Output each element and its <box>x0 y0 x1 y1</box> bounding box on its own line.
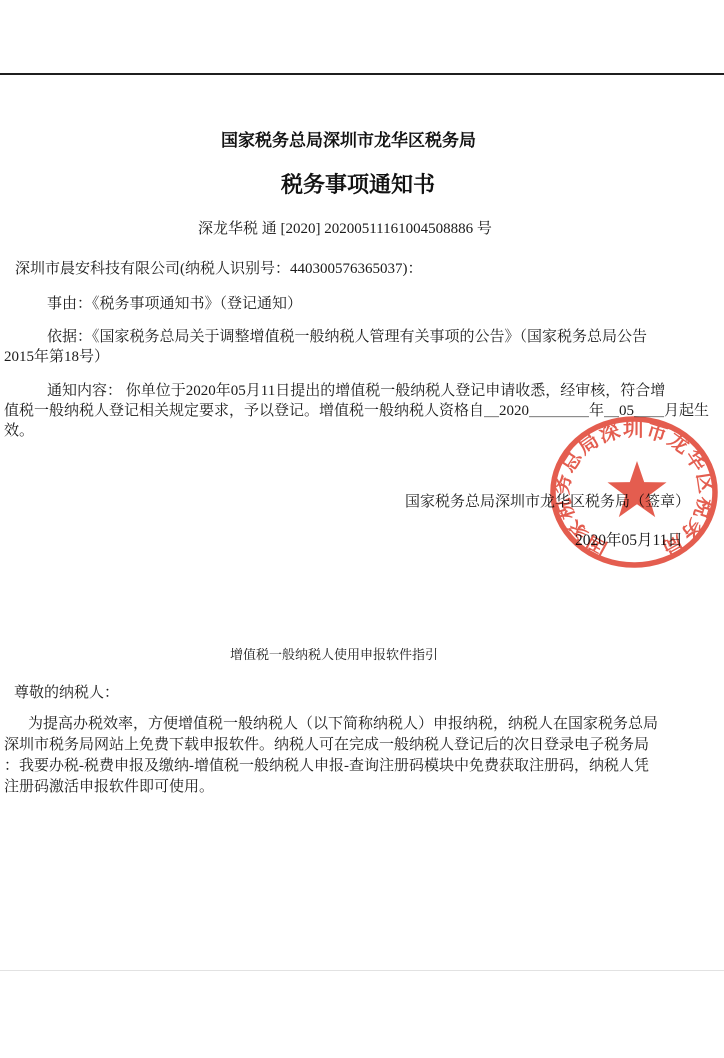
guide-body-line: 深圳市税务局网站上免费下载申报软件。纳税人可在完成一般纳税人登记后的次日登录电子… <box>4 735 658 756</box>
document-title: 税务事项通知书 <box>281 168 435 199</box>
issuer-signature-line: 国家税务总局深圳市龙华区税务局（签章） <box>405 490 690 511</box>
guide-greeting: 尊敬的纳税人： <box>14 681 119 702</box>
notice-content-line: 通知内容： 你单位于2020年05月11日提出的增值税一般纳税人登记申请收悉，经… <box>47 381 709 401</box>
basis-line: 依据：《国家税务总局关于调整增值税一般纳税人管理有关事项的公告》（国家税务总局公… <box>47 327 647 347</box>
notice-content-paragraph: 通知内容： 你单位于2020年05月11日提出的增值税一般纳税人登记申请收悉，经… <box>4 381 709 441</box>
guide-body-line: ：我要办税-税费申报及缴纳-增值税一般纳税人申报-查询注册码模块中免费获取注册码… <box>4 756 658 777</box>
tax-notice-document: 国家税务总局深圳市龙华区税务局 税务事项通知书 深龙华税 通 [2020] 20… <box>0 0 724 1058</box>
bottom-divider-line <box>0 970 724 971</box>
guide-body-paragraph: 为提高办税效率，方便增值税一般纳税人（以下简称纳税人）申报纳税，纳税人在国家税务… <box>4 714 658 798</box>
top-divider-line <box>0 73 724 75</box>
document-number: 深龙华税 通 [2020] 20200511161004508886 号 <box>198 217 492 238</box>
notice-content-line: 值税一般纳税人登记相关规定要求，予以登记。增值税一般纳税人资格自＿2020＿＿＿… <box>4 401 709 421</box>
basis-line: 2015年第18号） <box>4 347 647 367</box>
notice-content-line: 效。 <box>4 421 709 441</box>
guide-section-title: 增值税一般纳税人使用申报软件指引 <box>230 644 438 663</box>
issue-date: 2020年05月11日 <box>575 528 683 550</box>
matter-line: 事由：《税务事项通知书》（登记通知） <box>47 292 302 313</box>
org-title: 国家税务总局深圳市龙华区税务局 <box>221 126 476 151</box>
guide-body-line: 为提高办税效率，方便增值税一般纳税人（以下简称纳税人）申报纳税，纳税人在国家税务… <box>28 714 658 735</box>
basis-paragraph: 依据：《国家税务总局关于调整增值税一般纳税人管理有关事项的公告》（国家税务总局公… <box>4 327 647 367</box>
guide-body-line: 注册码激活申报软件即可使用。 <box>4 777 658 798</box>
recipient-line: 深圳市晨安科技有限公司(纳税人识别号：440300576365037)： <box>15 257 423 278</box>
